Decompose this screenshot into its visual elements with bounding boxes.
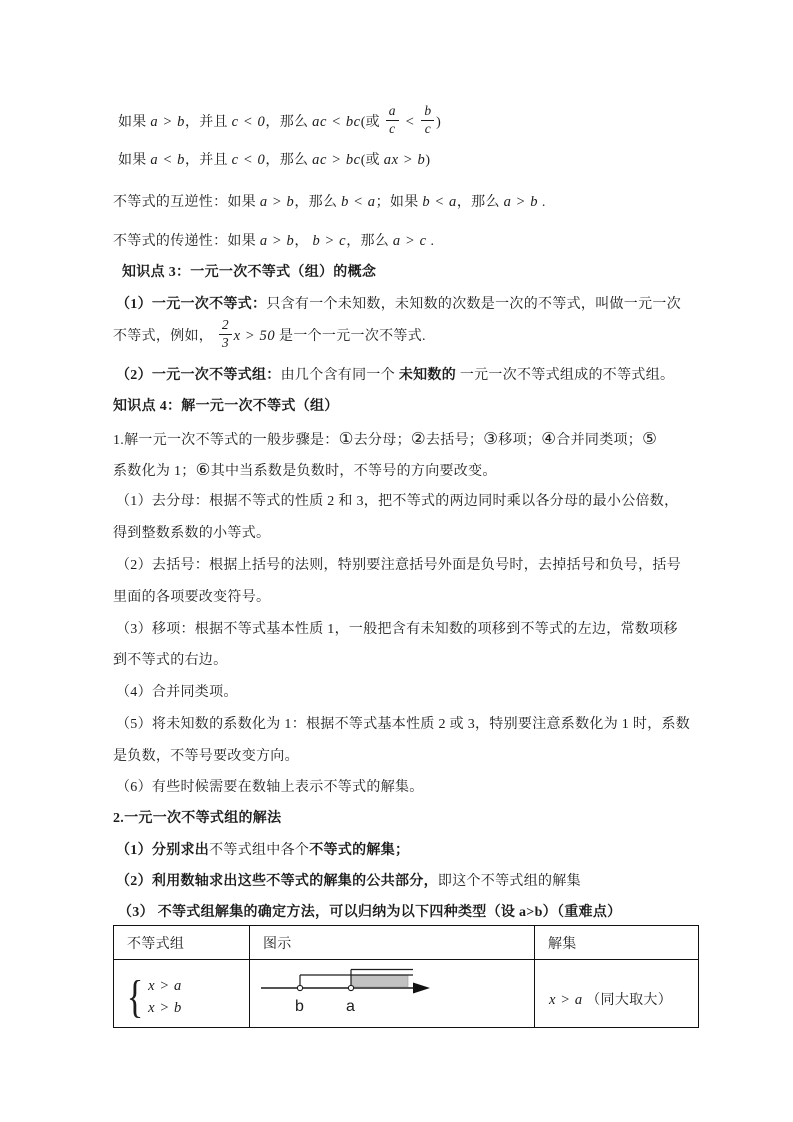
- text-run: ，并且: [185, 115, 232, 130]
- bold-text-run: 知识点 4：解一元一次不等式（组）: [113, 399, 339, 414]
- bold-text-run: （2）一元一次不等式组：: [116, 368, 281, 383]
- text-run: 由几个含有同一个: [281, 368, 399, 383]
- math-run: ac > bc: [312, 152, 361, 168]
- circled-number: ⑥: [196, 460, 211, 479]
- paragraph-step3-b: 到不等式的右边。: [113, 651, 227, 671]
- header-solution-set: 解集: [535, 926, 699, 960]
- bold-text-run: （1）分别求出: [116, 843, 209, 858]
- paragraph-step4: （4）合并同类项。: [116, 683, 238, 703]
- label-a: a: [346, 998, 355, 1015]
- label-b: b: [295, 998, 304, 1015]
- text-run: （1）去分母：根据不等式的性质 2 和 3，把不等式的两边同时乘以各分母的最小公…: [116, 494, 678, 509]
- text-run: ，那么: [457, 195, 504, 210]
- bold-text-run: （2）利用数轴求出这些不等式的解集的公共部分，: [116, 874, 438, 889]
- fraction: 23: [219, 318, 232, 351]
- text-run: 即这个不等式组的解集: [438, 874, 581, 889]
- text-run: 得到整数系数的小等式。: [113, 526, 270, 541]
- math-run: a > b: [260, 233, 295, 249]
- paragraph-def-system: （2）一元一次不等式组：由几个含有同一个 未知数的 一元一次不等式组成的不等式组…: [116, 366, 674, 386]
- left-brace: {: [127, 975, 144, 1019]
- fraction-denominator: c: [386, 121, 399, 137]
- circled-number: ①: [339, 429, 354, 448]
- fraction-denominator: c: [421, 121, 434, 137]
- paragraph-step5-b: 是负数，不等号要改变方向。: [113, 747, 299, 767]
- math-run: a > b: [504, 194, 539, 210]
- paragraph-step3-a: （3）移项：根据不等式基本性质 1，一般把含有未知数的项移到不等式的左边，常数项…: [116, 620, 678, 640]
- paragraph-step1-b: 得到整数系数的小等式。: [113, 524, 270, 544]
- text-run: 不等式的传递性：如果: [113, 234, 260, 249]
- text-run: 只含有一个未知数，未知数的次数是一次的不等式，叫做一元一次: [266, 297, 681, 312]
- number-line-diagram: b a: [250, 960, 534, 1022]
- paragraph-transitivity: 不等式的传递性：如果 a > b， b > c，那么 a > c .: [113, 231, 434, 252]
- document-page: 如果 a > b，并且 c < 0，那么 ac < bc(或 ac < bc) …: [0, 0, 793, 1122]
- solution-types-table: 不等式组 图示 解集 { x > a x > b: [113, 925, 699, 1028]
- text-run: ): [436, 115, 441, 130]
- solution-set: x > a （同大取大）: [535, 979, 698, 1009]
- text-run: 系数化为 1；: [113, 464, 196, 479]
- header-diagram: 图示: [250, 926, 535, 960]
- text-run: 不等式，例如，: [113, 329, 217, 344]
- text-run: (或: [361, 153, 384, 168]
- paragraph-steps-2: 系数化为 1；⑥其中当系数是负数时，不等号的方向要改变。: [113, 460, 497, 482]
- bold-text-run: 知识点 3：一元一次不等式（组）的概念: [122, 265, 376, 280]
- paragraph-mul-negative-2: 如果 a < b，并且 c < 0，那么 ac > bc(或 ax > b): [118, 150, 430, 171]
- text-run: 不等式的互逆性：如果: [113, 195, 260, 210]
- text-run: ，: [294, 234, 312, 249]
- text-run: 到不等式的右边。: [113, 653, 227, 668]
- fraction-numerator: b: [421, 104, 434, 121]
- text-run: ；如果: [376, 195, 423, 210]
- fraction: ac: [386, 104, 399, 137]
- math-run: a > b: [260, 194, 295, 210]
- text-run: ): [425, 153, 430, 168]
- text-run: 去括号；: [426, 433, 483, 448]
- text-run: 如果: [118, 153, 150, 168]
- shaded-region: [351, 975, 408, 987]
- table-header-row: 不等式组 图示 解集: [114, 926, 699, 960]
- cell-inequality-system: { x > a x > b: [114, 960, 250, 1028]
- text-run: ，那么: [265, 115, 312, 130]
- heading-knowledge-point-4: 知识点 4：解一元一次不等式（组）: [113, 397, 339, 417]
- math-run: ac < bc: [312, 114, 361, 130]
- system-lines: x > a x > b: [148, 975, 182, 1019]
- system-line-2: x > b: [148, 997, 182, 1019]
- bold-text-run: （1）一元一次不等式：: [116, 297, 266, 312]
- text-run: 一元一次不等式组成的不等式组。: [460, 368, 675, 383]
- text-run: （6）有些时候需要在数轴上表示不等式的解集。: [116, 780, 424, 795]
- math-run: <: [401, 114, 420, 130]
- paragraph-step2-b: 里面的各项要改变符号。: [113, 588, 270, 608]
- heading-knowledge-point-3: 知识点 3：一元一次不等式（组）的概念: [122, 263, 376, 283]
- bold-text-run: （3） 不等式组解集的确定方法，可以归纳为以下四种类型（设 a>b）（重难点）: [118, 905, 621, 920]
- math-run: b < a: [341, 194, 376, 210]
- fraction: bc: [421, 104, 434, 137]
- math-run: a > c: [393, 233, 427, 249]
- text-run: ，那么: [265, 153, 312, 168]
- text-run: （2）去括号：根据上括号的法则，特别要注意括号外面是负号时，去掉括号和负号，括号: [116, 558, 681, 573]
- paragraph-step5-a: （5）将未知数的系数化为 1：根据不等式基本性质 2 或 3，特别要注意系数化为…: [116, 715, 690, 735]
- arrowhead-icon: [413, 983, 430, 994]
- text-run: ，那么: [346, 234, 393, 249]
- fraction-denominator: 3: [219, 335, 232, 351]
- math-run: ax > b: [384, 152, 426, 168]
- text-run: （3）移项：根据不等式基本性质 1，一般把含有未知数的项移到不等式的左边，常数项…: [116, 622, 678, 637]
- math-run: b < a: [422, 194, 457, 210]
- bold-text-run: 未知数的: [399, 368, 460, 383]
- paragraph-sys-step2: （2）利用数轴求出这些不等式的解集的公共部分，即这个不等式组的解集: [116, 872, 581, 892]
- math-run: a < b: [150, 152, 185, 168]
- paragraph-step1-a: （1）去分母：根据不等式的性质 2 和 3，把不等式的两边同时乘以各分母的最小公…: [116, 492, 678, 512]
- math-run: a > b: [150, 114, 185, 130]
- paragraph-sys-step1: （1）分别求出不等式组中各个不等式的解集；: [116, 841, 409, 861]
- text-run: ，并且: [185, 153, 232, 168]
- text-run: 其中当系数是负数时，不等号的方向要改变。: [211, 464, 497, 479]
- paragraph-mul-negative-1: 如果 a > b，并且 c < 0，那么 ac < bc(或 ac < bc): [118, 104, 441, 137]
- table-row: { x > a x > b: [114, 960, 699, 1028]
- fraction-numerator: a: [386, 104, 399, 121]
- text-run: 不等式组中各个: [209, 843, 309, 858]
- text-run: （4）合并同类项。: [116, 685, 238, 700]
- text-run: 1.解一元一次不等式的一般步骤是：: [113, 433, 339, 448]
- system-line-1: x > a: [148, 975, 182, 997]
- open-circle-b: [297, 985, 302, 990]
- paragraph-steps-1: 1.解一元一次不等式的一般步骤是：①去分母；②去括号；③移项；④合并同类项；⑤: [113, 429, 657, 451]
- solution-note: （同大取大）: [586, 993, 672, 1008]
- paragraph-step2-a: （2）去括号：根据上括号的法则，特别要注意括号外面是负号时，去掉括号和负号，括号: [116, 556, 681, 576]
- text-run: （5）将未知数的系数化为 1：根据不等式基本性质 2 或 3，特别要注意系数化为…: [116, 717, 690, 732]
- header-inequality-system: 不等式组: [114, 926, 250, 960]
- bold-text-run: 不等式的解集；: [309, 843, 409, 858]
- system-of-inequalities: { x > a x > b: [114, 969, 249, 1019]
- cell-diagram: b a: [250, 960, 535, 1028]
- text-run: 是负数，不等号要改变方向。: [113, 749, 299, 764]
- text-run: 合并同类项；: [556, 433, 642, 448]
- open-circle-a: [348, 985, 353, 990]
- paragraph-def-inequality-2: 不等式，例如， 23x > 50 是一个一元一次不等式.: [113, 318, 426, 351]
- text-run: 里面的各项要改变符号。: [113, 590, 270, 605]
- math-run: c < 0: [232, 152, 266, 168]
- text-run: 移项；: [498, 433, 541, 448]
- paragraph-step6: （6）有些时候需要在数轴上表示不等式的解集。: [116, 778, 424, 798]
- math-run: c < 0: [232, 114, 266, 130]
- bold-text-run: 2.一元一次不等式组的解法: [113, 811, 281, 826]
- fraction-numerator: 2: [219, 318, 232, 335]
- solution-math: x > a: [549, 992, 583, 1008]
- text-run: 是一个一元一次不等式.: [275, 329, 426, 344]
- circled-number: ②: [411, 429, 426, 448]
- paragraph-reciprocity: 不等式的互逆性：如果 a > b，那么 b < a；如果 b < a，那么 a …: [113, 192, 546, 213]
- text-run: ，那么: [294, 195, 341, 210]
- circled-number: ⑤: [642, 429, 657, 448]
- paragraph-sys-step3: （3） 不等式组解集的确定方法，可以归纳为以下四种类型（设 a>b）（重难点）: [118, 903, 621, 923]
- cell-solution-set: x > a （同大取大）: [535, 960, 699, 1028]
- math-run: x > 50: [234, 328, 276, 344]
- circled-number: ④: [541, 429, 556, 448]
- text-run: .: [538, 195, 546, 210]
- text-run: (或: [361, 115, 384, 130]
- heading-system-solution: 2.一元一次不等式组的解法: [113, 809, 281, 829]
- circled-number: ③: [483, 429, 498, 448]
- paragraph-def-inequality-1: （1）一元一次不等式：只含有一个未知数，未知数的次数是一次的不等式，叫做一元一次: [116, 295, 681, 315]
- text-run: .: [427, 234, 435, 249]
- math-run: b > c: [312, 233, 346, 249]
- text-run: 去分母；: [354, 433, 411, 448]
- text-run: 如果: [118, 115, 150, 130]
